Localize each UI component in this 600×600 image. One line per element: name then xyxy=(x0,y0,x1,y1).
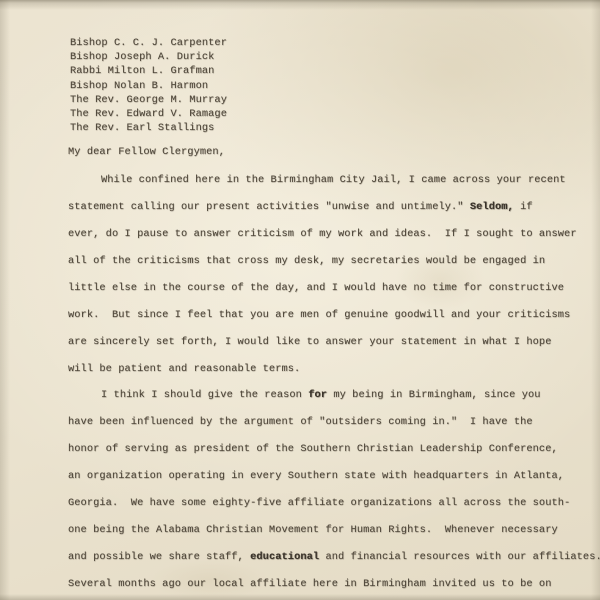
typed-text: will be patient and reasonable terms. xyxy=(68,363,300,375)
typed-line: Several months ago our local affiliate h… xyxy=(68,571,600,598)
typed-text: and financial resources with our affilia… xyxy=(319,551,600,563)
addressee-line: The Rev. Edward V. Ramage xyxy=(70,107,227,121)
overtyped-bold-word: Seldom, xyxy=(470,201,514,213)
typed-line: statement calling our present activities… xyxy=(68,194,577,221)
typed-text: one being the Alabama Christian Movement… xyxy=(68,524,558,536)
addressee-line: The Rev. George M. Murray xyxy=(70,93,227,107)
overtyped-bold-word: educational xyxy=(250,551,319,563)
typed-text: statement calling our present activities… xyxy=(68,201,470,213)
typed-line: ever, do I pause to answer criticism of … xyxy=(68,221,577,248)
typed-text: my being in Birmingham, since you xyxy=(327,389,541,401)
paragraph-1: While confined here in the Birmingham Ci… xyxy=(68,167,577,383)
typed-text: Georgia. We have some eighty-five affili… xyxy=(68,497,570,509)
addressee-line: Bishop Joseph A. Durick xyxy=(70,50,227,64)
typed-line: all of the criticisms that cross my desk… xyxy=(68,248,577,275)
typed-text: honor of serving as president of the Sou… xyxy=(68,443,558,455)
salutation: My dear Fellow Clergymen, xyxy=(68,145,225,159)
typed-line: While confined here in the Birmingham Ci… xyxy=(68,167,577,194)
typed-line: one being the Alabama Christian Movement… xyxy=(68,517,600,544)
typed-text: all of the criticisms that cross my desk… xyxy=(68,255,545,267)
typed-line: little else in the course of the day, an… xyxy=(68,275,577,302)
typed-line: and possible we share staff, educational… xyxy=(68,544,600,571)
typed-line: will be patient and reasonable terms. xyxy=(68,356,577,383)
addressee-line: Bishop C. C. J. Carpenter xyxy=(70,36,227,50)
typed-text: and possible we share staff, xyxy=(68,551,250,563)
typed-line: an organization operating in every South… xyxy=(68,463,600,490)
typed-text: Several months ago our local affiliate h… xyxy=(68,578,552,590)
typed-text: work. But since I feel that you are men … xyxy=(68,309,570,321)
typed-text: have been influenced by the argument of … xyxy=(68,416,533,428)
typed-line: honor of serving as president of the Sou… xyxy=(68,436,600,463)
typed-text: an organization operating in every South… xyxy=(68,470,564,482)
typed-line: have been influenced by the argument of … xyxy=(68,409,600,436)
typed-text: ever, do I pause to answer criticism of … xyxy=(68,228,577,240)
typed-line: work. But since I feel that you are men … xyxy=(68,302,577,329)
typed-line: Georgia. We have some eighty-five affili… xyxy=(68,490,600,517)
addressee-line: The Rev. Earl Stallings xyxy=(70,121,227,135)
typed-line: are sincerely set forth, I would like to… xyxy=(68,329,577,356)
typed-line: I think I should give the reason for my … xyxy=(68,382,600,409)
typed-text: little else in the course of the day, an… xyxy=(68,282,564,294)
typed-text: I think I should give the reason xyxy=(101,389,308,401)
typed-text: are sincerely set forth, I would like to… xyxy=(68,336,552,348)
addressee-line: Bishop Nolan B. Harmon xyxy=(70,79,227,93)
addressee-line: Rabbi Milton L. Grafman xyxy=(70,64,227,78)
overtyped-bold-word: for xyxy=(308,389,327,401)
typed-text: if xyxy=(514,201,533,213)
typed-text: While confined here in the Birmingham Ci… xyxy=(101,174,566,186)
addressee-list: Bishop C. C. J. CarpenterBishop Joseph A… xyxy=(70,36,227,135)
letter-page: Bishop C. C. J. CarpenterBishop Joseph A… xyxy=(0,0,600,600)
paragraph-2: I think I should give the reason for my … xyxy=(68,382,600,598)
